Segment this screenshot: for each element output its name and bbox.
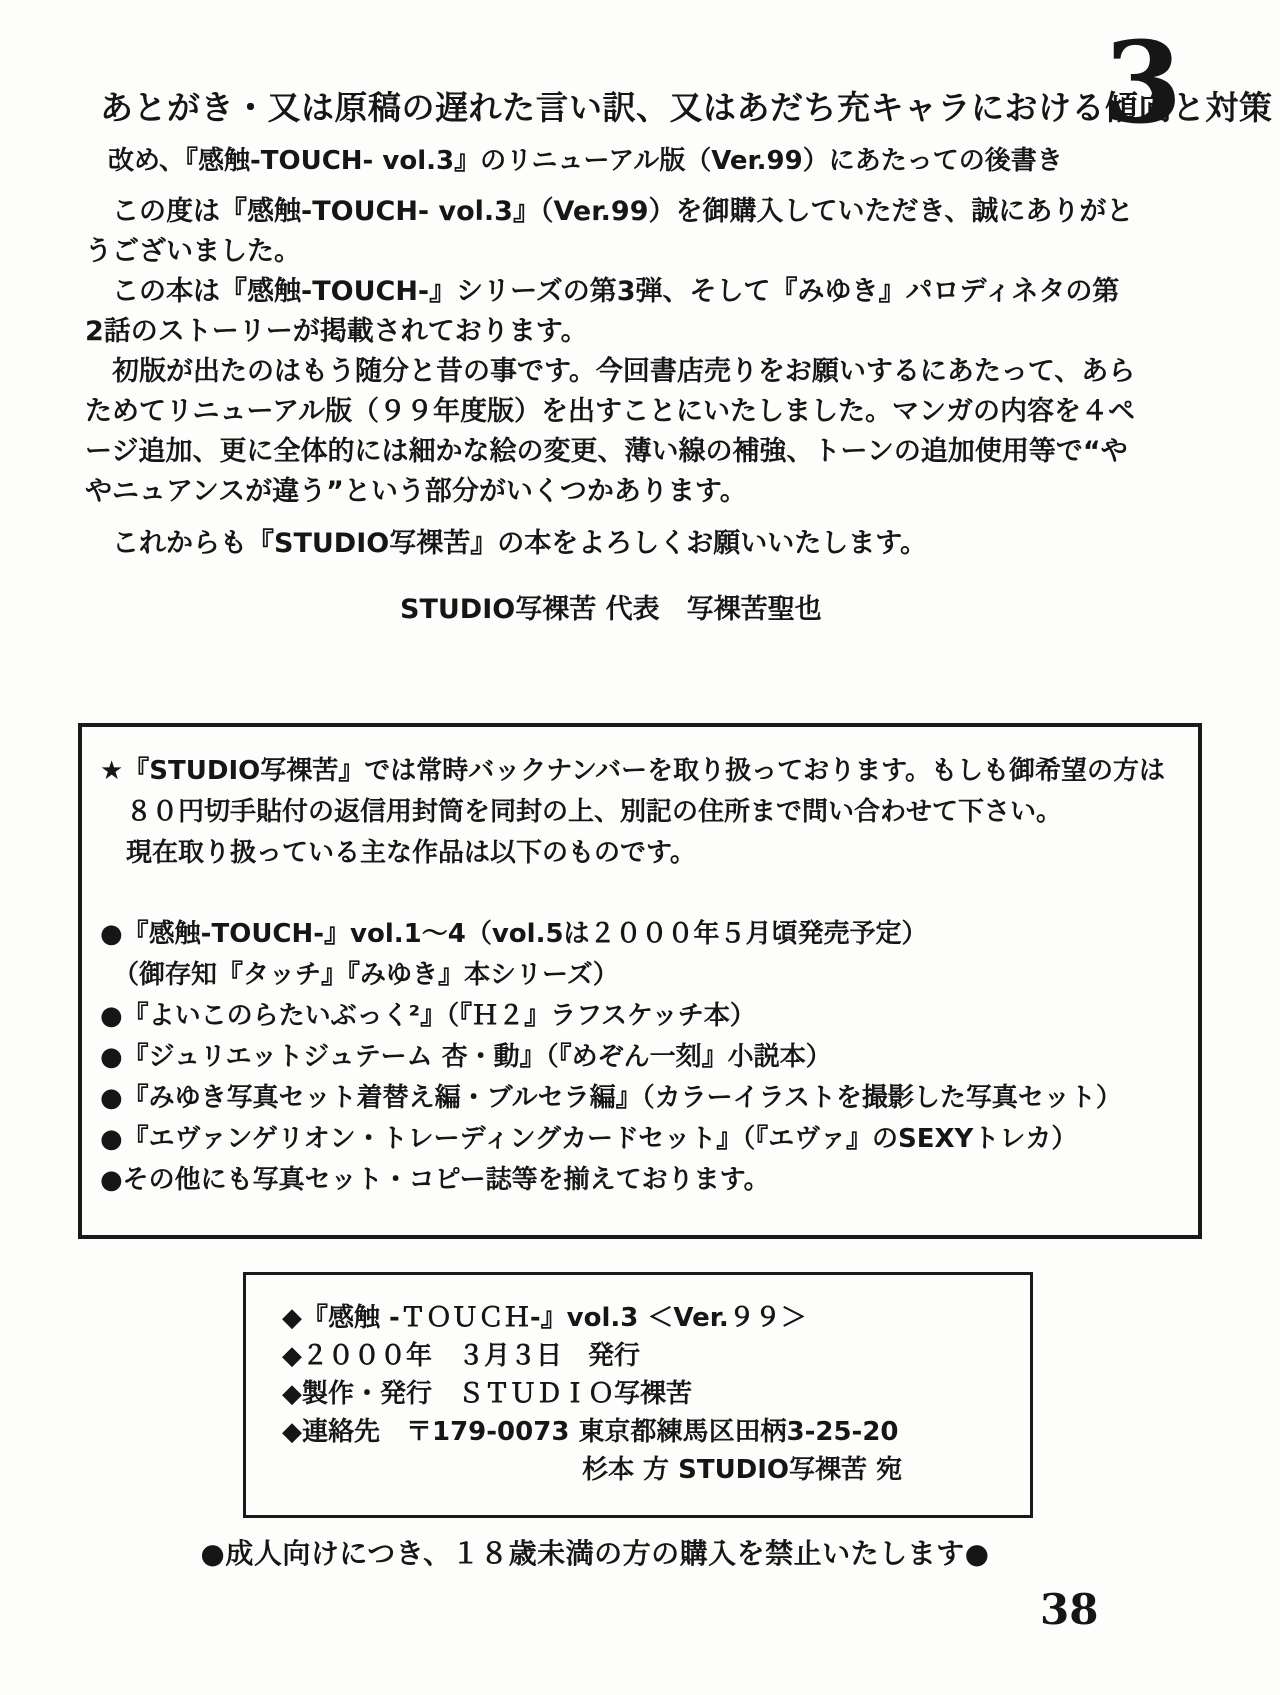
product-item: ●『エヴァンゲリオン・トレーディングカードセット』（『エヴァ』のSEXYトレカ） xyxy=(100,1119,1180,1160)
backnumber-intro: ★『STUDIO写裸苦』では常時バックナンバーを取り扱っております。もしも御希望… xyxy=(100,751,1180,874)
product-item-note: （御存知『タッチ』『みゆき』本シリーズ） xyxy=(100,955,1180,996)
colophon-title-line: ◆『感触 -ＴＯＵＣＨ-』vol.3 ＜Ver.９９＞ xyxy=(282,1299,1020,1337)
backnumber-intro-line: ８０円切手貼付の返信用封筒を同封の上、別記の住所まで問い合わせて下さい。 xyxy=(100,792,1180,833)
colophon-address-line: ◆連絡先 〒179-0073 東京都練馬区田柄3-25-20 xyxy=(282,1413,1020,1451)
backnumber-intro-line: 現在取り扱っている主な作品は以下のものです。 xyxy=(100,833,1180,874)
adult-notice: ●成人向けにつき、１８歳未満の方の購入を禁止いたします● xyxy=(0,1532,1190,1572)
title-counter-number: 3 xyxy=(1104,28,1182,140)
signature-line: STUDIO写裸苦 代表 写裸苦聖也 xyxy=(85,590,1137,630)
colophon-addressee-line: 杉本 方 STUDIO写裸苦 宛 xyxy=(282,1451,1020,1489)
colophon-date-line: ◆２０００年 ３月３日 発行 xyxy=(282,1337,1020,1375)
scanned-afterword-page: あとがき・又は原稿の遅れた言い訳、又はあだち充キャラにおける傾向と対策その 3 … xyxy=(0,0,1280,1695)
page-number: 38 xyxy=(1040,1585,1098,1634)
colophon-box: ◆『感触 -ＴＯＵＣＨ-』vol.3 ＜Ver.９９＞ ◆２０００年 ３月３日 … xyxy=(243,1272,1033,1518)
product-item: ●『みゆき写真セット着替え編・ブルセラ編』（カラーイラストを撮影した写真セット） xyxy=(100,1078,1180,1119)
product-item: ●『感触-TOUCH-』vol.1～4（vol.5は２０００年５月頃発売予定） xyxy=(100,914,1180,955)
product-item: ●『よいこのらたいぶっく²』（『Ｈ２』ラフスケッチ本） xyxy=(100,996,1180,1037)
product-list: ●『感触-TOUCH-』vol.1～4（vol.5は２０００年５月頃発売予定） … xyxy=(100,914,1180,1201)
page-title: あとがき・又は原稿の遅れた言い訳、又はあだち充キャラにおける傾向と対策 xyxy=(100,88,1273,127)
paragraph-thanks: この度は『感触-TOUCH- vol.3』（Ver.99）を御購入していただき、… xyxy=(85,192,1137,272)
product-item: ●『ジュリエットジュテーム 杏・動』（『めぞん一刻』小説本） xyxy=(100,1037,1180,1078)
page-title-row: あとがき・又は原稿の遅れた言い訳、又はあだち充キャラにおける傾向と対策その xyxy=(100,82,1280,129)
paragraph-request: これからも『STUDIO写裸苦』の本をよろしくお願いいたします。 xyxy=(85,524,1137,564)
paragraph-renewal: 初版が出たのはもう随分と昔の事です。今回書店売りをお願いするにあたって、あらため… xyxy=(85,352,1137,512)
backnumber-intro-line: ★『STUDIO写裸苦』では常時バックナンバーを取り扱っております。もしも御希望… xyxy=(100,751,1180,792)
colophon-publisher-line: ◆製作・発行 ＳＴＵＤＩＯ写裸苦 xyxy=(282,1375,1020,1413)
page-subtitle: 改め、『感触-TOUCH- vol.3』のリニューアル版（Ver.99）にあたっ… xyxy=(108,140,1063,177)
paragraph-series: この本は『感触-TOUCH-』シリーズの第3弾、そして『みゆき』パロディネタの第… xyxy=(85,272,1137,352)
backnumber-box: ★『STUDIO写裸苦』では常時バックナンバーを取り扱っております。もしも御希望… xyxy=(78,723,1202,1239)
afterword-body: この度は『感触-TOUCH- vol.3』（Ver.99）を御購入していただき、… xyxy=(85,192,1137,630)
product-item: ●その他にも写真セット・コピー誌等を揃えております。 xyxy=(100,1160,1180,1201)
